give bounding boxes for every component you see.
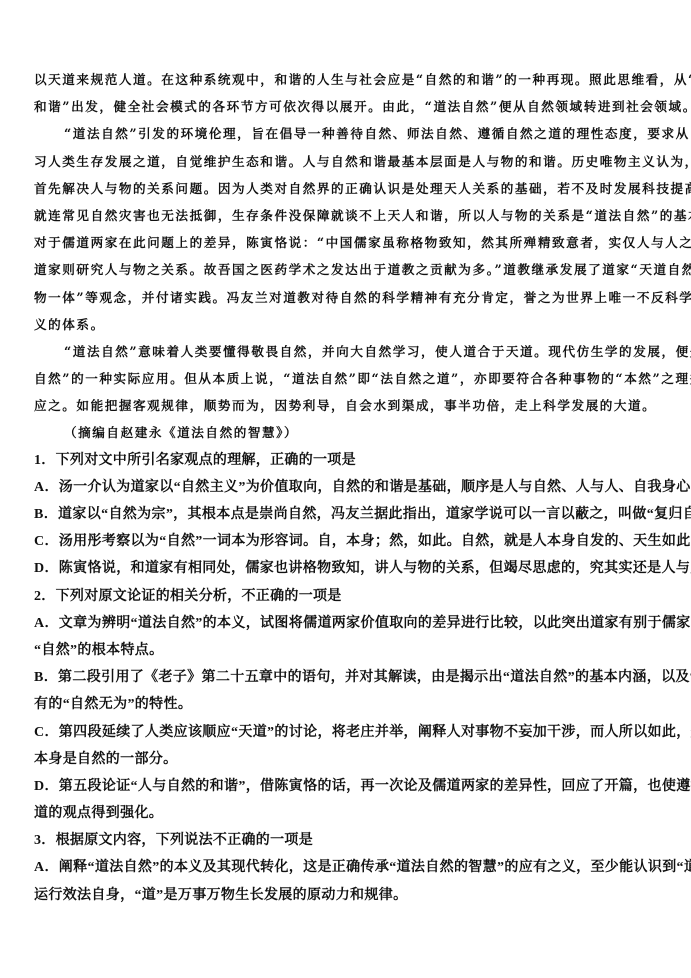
passage-line: 和谐”出发，健全社会模式的各环节方可依次得以展开。由此，“道法自然”便从自然领域… [34, 93, 658, 120]
question-3: 3．根据原文内容，下列说法不正确的一项是 A．阐释“道法自然”的本义及其现代转化… [34, 827, 658, 909]
question-stem: 3．根据原文内容，下列说法不正确的一项是 [34, 827, 658, 854]
passage-line: 习人类生存发展之道，自觉维护生态和谐。人与自然和谐最基本层面是人与物的和谐。历史… [34, 148, 658, 175]
option-d: D．陈寅恪说，和道家有相同处，儒家也讲格物致知，讲人与物的关系，但竭尽思虑的，究… [34, 555, 658, 582]
passage-line: “道法自然”引发的环境伦理，旨在倡导一种善待自然、师法自然、遵循自然之道的理性态… [34, 120, 658, 147]
option-c: C．汤用彤考察以为“自然”一词本为形容词。自，本身；然，如此。自然，就是人本身自… [34, 528, 658, 555]
option-a: A．阐释“道法自然”的本义及其现代转化，这是正确传承“道法自然的智慧”的应有之义… [34, 854, 658, 908]
option-a: A．汤一介认为道家以“自然主义”为价值取向，自然的和谐是基础，顺序是人与自然、人… [34, 474, 658, 501]
option-c: C．第四段延续了人类应该顺应“天道”的讨论，将老庄并举，阐释人对事物不妄加干涉，… [34, 719, 658, 773]
option-line: 道的观点得到强化。 [34, 800, 658, 827]
option-line: 有的“自然无为”的特性。 [34, 691, 658, 718]
option-line: 运行效法自身，“道”是万事万物生长发展的原动力和规律。 [34, 882, 658, 909]
passage-line: 对于儒道两家在此问题上的差异，陈寅恪说：“中国儒家虽称格物致知，然其所殚精致意者… [34, 229, 658, 256]
option-line: D．第五段论证“人与自然的和谐”，借陈寅恪的话，再一次论及儒道两家的差异性，回应… [34, 773, 658, 800]
option-d: D．第五段论证“人与自然的和谐”，借陈寅恪的话，再一次论及儒道两家的差异性，回应… [34, 773, 658, 827]
question-stem: 2．下列对原文论证的相关分析，不正确的一项是 [34, 583, 658, 610]
passage-paragraph-3-tail: 以天道来规范人道。在这种系统观中，和谐的人生与社会应是“自然的和谐”的一种再现。… [34, 66, 658, 120]
passage-line: 就连常见自然灾害也无法抵御，生存条件没保障就谈不上天人和谐，所以人与物的关系是“… [34, 202, 658, 229]
passage-line: 道家则研究人与物之关系。故吾国之医药学术之发达出于道教之贡献为多。”道教继承发展… [34, 256, 658, 283]
option-b: B．第二段引用了《老子》第二十五章中的语句，并对其解读，由是揭示出“道法自然”的… [34, 664, 658, 718]
option-line: C．第四段延续了人类应该顺应“天道”的讨论，将老庄并举，阐释人对事物不妄加干涉，… [34, 719, 658, 746]
passage-line: 义的体系。 [34, 311, 658, 338]
option-b: B．道家以“自然为宗”，其根本点是崇尚自然，冯友兰据此指出，道家学说可以一言以蔽… [34, 501, 658, 528]
passage-line: “道法自然”意味着人类要懂得敬畏自然，并向大自然学习，使人道合于天道。现代仿生学… [34, 338, 658, 365]
question-2: 2．下列对原文论证的相关分析，不正确的一项是 A．文章为辨明“道法自然”的本义，… [34, 583, 658, 828]
passage-paragraph-5: “道法自然”意味着人类要懂得敬畏自然，并向大自然学习，使人道合于天道。现代仿生学… [34, 338, 658, 420]
passage-line: 首先解决人与物的关系问题。因为人类对自然界的正确认识是处理天人关系的基础，若不及… [34, 175, 658, 202]
question-1: 1．下列对文中所引名家观点的理解，正确的一项是 A．汤一介认为道家以“自然主义”… [34, 447, 658, 583]
passage-line: 以天道来规范人道。在这种系统观中，和谐的人生与社会应是“自然的和谐”的一种再现。… [34, 66, 658, 93]
question-stem: 1．下列对文中所引名家观点的理解，正确的一项是 [34, 447, 658, 474]
passage-line: 自然”的一种实际应用。但从本质上说，“道法自然”即“法自然之道”，亦即要符合各种… [34, 365, 658, 392]
passage-line: 应之。如能把握客观规律，顺势而为，因势利导，自会水到渠成，事半功倍，走上科学发展… [34, 392, 658, 419]
passage-paragraph-4: “道法自然”引发的环境伦理，旨在倡导一种善待自然、师法自然、遵循自然之道的理性态… [34, 120, 658, 338]
document-page: 以天道来规范人道。在这种系统观中，和谐的人生与社会应是“自然的和谐”的一种再现。… [34, 66, 658, 909]
passage-line: 物一体”等观念，并付诸实践。冯友兰对道教对待自然的科学精神有充分肯定，誉之为世界… [34, 284, 658, 311]
option-line: 本身是自然的一部分。 [34, 746, 658, 773]
option-line: B．第二段引用了《老子》第二十五章中的语句，并对其解读，由是揭示出“道法自然”的… [34, 664, 658, 691]
option-line: A．文章为辨明“道法自然”的本义，试图将儒道两家价值取向的差异进行比较，以此突出… [34, 610, 658, 637]
passage-source-citation: （摘编自赵建永《道法自然的智慧》） [34, 419, 658, 446]
option-line: A．阐释“道法自然”的本义及其现代转化，这是正确传承“道法自然的智慧”的应有之义… [34, 854, 658, 881]
option-line: “自然”的根本特点。 [34, 637, 658, 664]
option-a: A．文章为辨明“道法自然”的本义，试图将儒道两家价值取向的差异进行比较，以此突出… [34, 610, 658, 664]
